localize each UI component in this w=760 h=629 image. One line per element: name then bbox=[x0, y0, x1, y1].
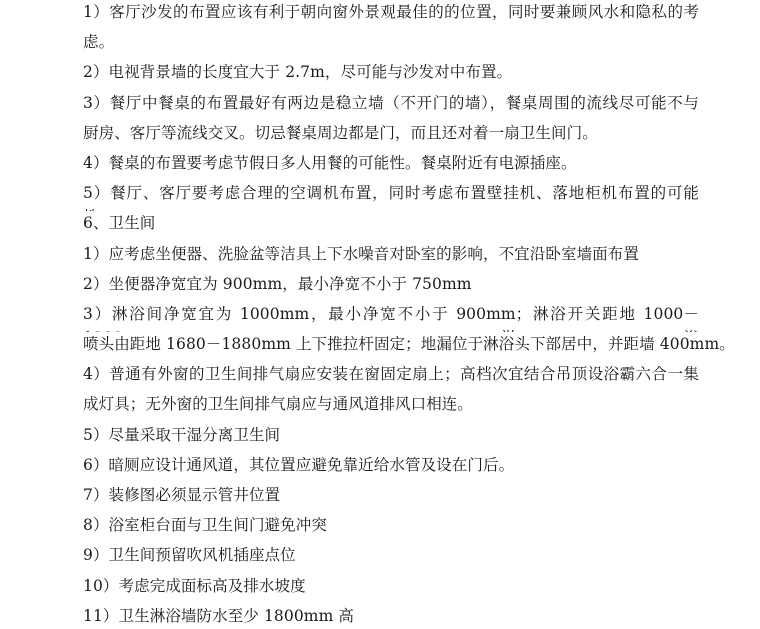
paragraph-line: 9）卫生间预留吹风机插座点位 bbox=[83, 543, 699, 573]
paragraph-line: 6）暗厕应设计通风道，其位置应避免靠近给水管及设在门后。 bbox=[83, 453, 699, 483]
section-heading: 6、卫生间 bbox=[83, 211, 699, 241]
paragraph-line: 2）电视背景墙的长度宜大于 2.7m，尽可能与沙发对中布置。 bbox=[83, 60, 699, 90]
paragraph-line: 虑。 bbox=[83, 30, 699, 60]
paragraph-line: 4）普通有外窗的卫生间排气扇应安装在窗固定扇上；高档次宜结合吊顶设浴霸六合一集 bbox=[83, 362, 699, 392]
paragraph-line: 1）客厅沙发的布置应该有利于朝向窗外景观最佳的的位置，同时要兼顾风水和隐私的考 bbox=[83, 0, 699, 30]
paragraph-line: 5）尽量采取干湿分离卫生间 bbox=[83, 423, 699, 453]
document-page: 1）客厅沙发的布置应该有利于朝向窗外景观最佳的的位置，同时要兼顾风水和隐私的考 … bbox=[83, 0, 699, 629]
paragraph-line: 厨房、客厅等流线交叉。切忌餐桌周边都是门，而且还对着一扇卫生间门。 bbox=[83, 121, 699, 151]
paragraph-line: 5）餐厅、客厅要考虑合理的空调机布置，同时考虑布置壁挂机、落地柜机布置的可能性。 bbox=[83, 181, 699, 211]
paragraph-line: 11）卫生淋浴墙防水至少 1800mm 高 bbox=[83, 604, 699, 629]
paragraph-line: 1）应考虑坐便器、洗脸盆等洁具上下水噪音对卧室的影响，不宜沿卧室墙面布置 bbox=[83, 242, 699, 272]
paragraph-line: 7）装修图必须显示管井位置 bbox=[83, 483, 699, 513]
paragraph-line: 2）坐便器净宽宜为 900mm，最小净宽不小于 750mm bbox=[83, 272, 699, 302]
paragraph-line: 10）考虑完成面标高及排水坡度 bbox=[83, 574, 699, 604]
paragraph-line: 喷头由距地 1680－1880mm 上下推拉杆固定；地漏位于淋浴头下部居中，并距… bbox=[83, 332, 699, 362]
paragraph-line: 3）淋浴间净宽宜为 1000mm，最小净宽不小于 900mm；淋浴开关距地 10… bbox=[83, 302, 699, 332]
paragraph-line: 3）餐厅中餐桌的布置最好有两边是稳立墙（不开门的墙），餐桌周围的流线尽可能不与 bbox=[83, 91, 699, 121]
paragraph-line: 8）浴室柜台面与卫生间门避免冲突 bbox=[83, 513, 699, 543]
paragraph-line: 成灯具；无外窗的卫生间排气扇应与通风道排风口相连。 bbox=[83, 392, 699, 422]
paragraph-line: 4）餐桌的布置要考虑节假日多人用餐的可能性。餐桌附近有电源插座。 bbox=[83, 151, 699, 181]
